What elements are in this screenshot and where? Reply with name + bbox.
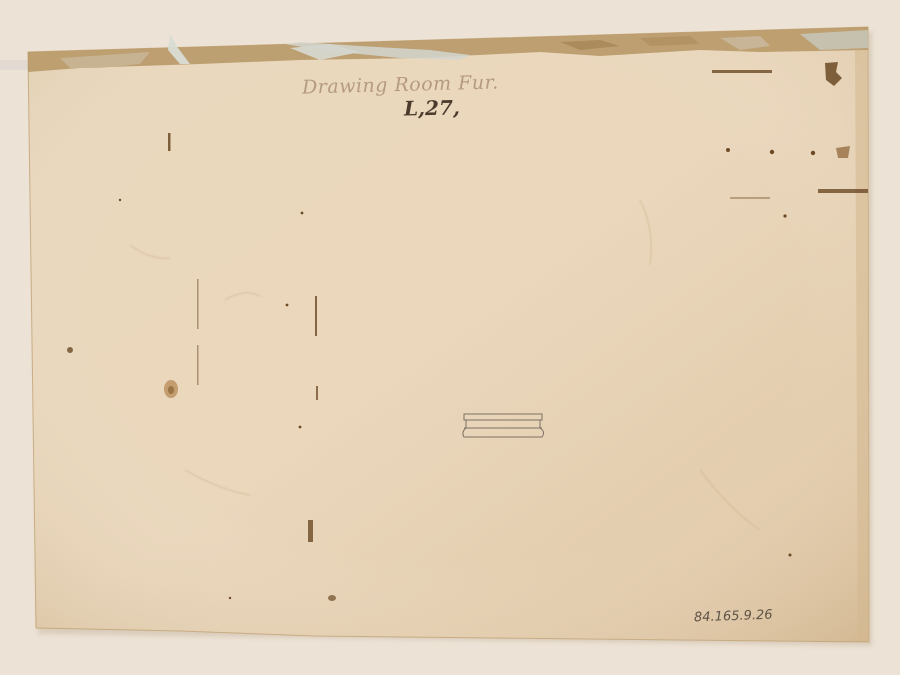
catalog-mark: L,27,	[404, 96, 460, 121]
accession-number: 84.165.9.26	[694, 608, 773, 626]
